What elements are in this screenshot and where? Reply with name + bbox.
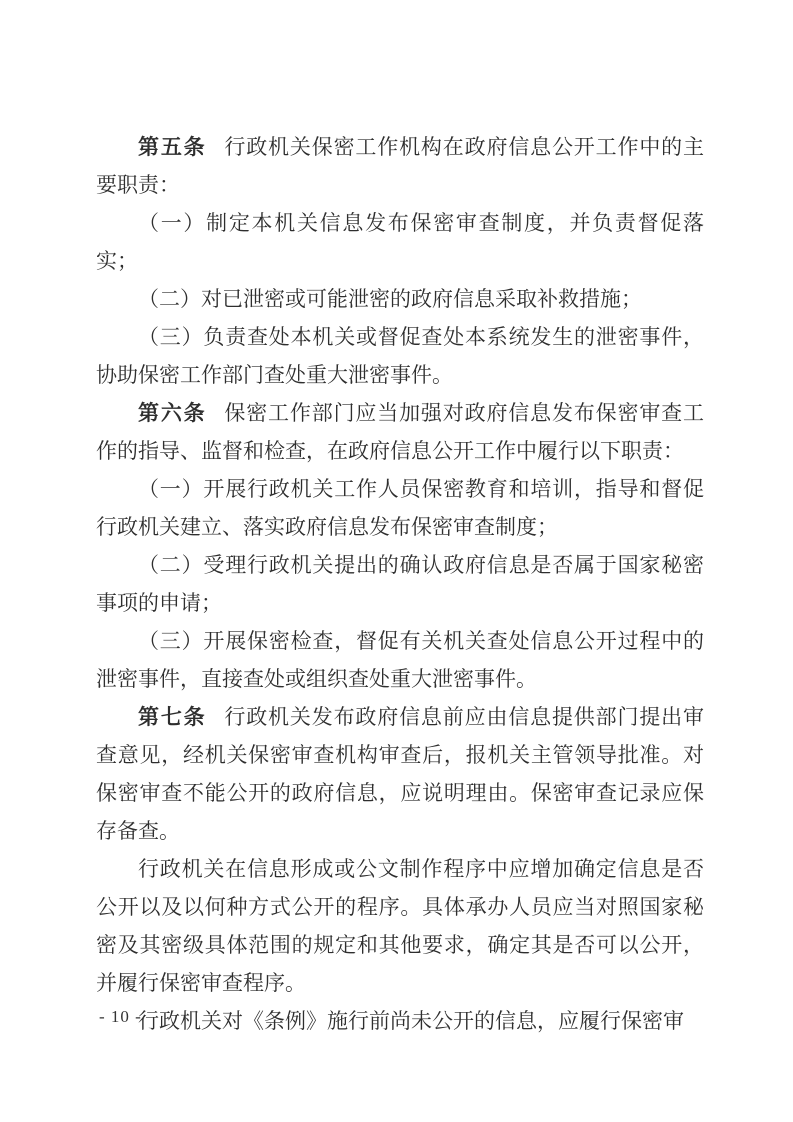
paragraph: （三）负责查处本机关或督促查处本系统发生的泄密事件，协助保密工作部门查处重大泄密… (96, 318, 704, 394)
page-number: - 10 - (99, 1006, 142, 1028)
article-number: 第七条 (138, 705, 207, 729)
paragraph: （一）开展行政机关工作人员保密教育和培训，指导和督促行政机关建立、落实政府信息发… (96, 470, 704, 546)
paragraph: （二）对已泄密或可能泄密的政府信息采取补救措施； (96, 280, 704, 318)
paragraph: （一）制定本机关信息发布保密审查制度，并负责督促落实； (96, 204, 704, 280)
paragraph: 第五条行政机关保密工作机构在政府信息公开工作中的主要职责： (96, 128, 704, 204)
paragraph: 行政机关在信息形成或公文制作程序中应增加确定信息是否公开以及以何种方式公开的程序… (96, 850, 704, 1002)
document-page: 第五条行政机关保密工作机构在政府信息公开工作中的主要职责：（一）制定本机关信息发… (0, 0, 793, 1122)
article-number: 第六条 (138, 401, 207, 425)
paragraph: （三）开展保密检查，督促有关机关查处信息公开过程中的泄密事件，直接查处或组织查处… (96, 622, 704, 698)
article-number: 第五条 (138, 135, 207, 159)
paragraph: 行政机关对《条例》施行前尚未公开的信息，应履行保密审 (96, 1002, 704, 1040)
document-body: 第五条行政机关保密工作机构在政府信息公开工作中的主要职责：（一）制定本机关信息发… (96, 128, 704, 1040)
paragraph: 第六条保密工作部门应当加强对政府信息发布保密审查工作的指导、监督和检查，在政府信… (96, 394, 704, 470)
paragraph: （二）受理行政机关提出的确认政府信息是否属于国家秘密事项的申请； (96, 546, 704, 622)
paragraph: 第七条行政机关发布政府信息前应由信息提供部门提出审查意见，经机关保密审查机构审查… (96, 698, 704, 850)
